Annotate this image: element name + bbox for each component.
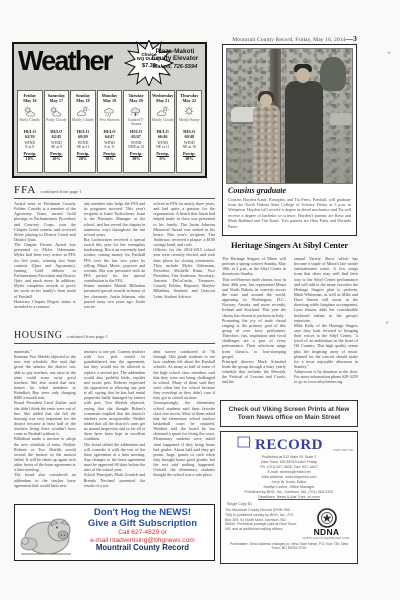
deadline-line: Deadlines: News & Ads Tues. at noon [225, 495, 353, 500]
weather-day-card: Wednesday May 21 Mostly Cloudy HI/LO 66/… [150, 90, 176, 173]
precip-value: 20% [79, 156, 87, 161]
hilo-value: 69/48 [184, 134, 194, 139]
wind-value: NNE at 13 [128, 145, 144, 149]
gift-ad-phone: Call 627-4829 or [73, 529, 212, 536]
mostly-cloudy-icon [154, 105, 172, 118]
weather-day-card: Thursday May 22 Mostly Sunny HI/LO 69/48… [176, 90, 202, 173]
hilo-value: 64/47 [105, 134, 115, 139]
day-condition: Partly Cloudy [46, 118, 67, 127]
parked-car-right [330, 113, 352, 125]
precip-value: 10% [52, 156, 60, 161]
wind-value: S at 11 [104, 145, 114, 149]
page-number: —3 [346, 34, 357, 43]
graduates-photo [226, 48, 353, 184]
evergreen-tree [320, 57, 346, 91]
postmaster-line: Postmaster: Send address changes to: New… [225, 542, 353, 551]
housing-section-header: HOUSING continued from page 1 [14, 330, 215, 344]
heritage-article: The Heritage Singers of Minot will perfo… [222, 256, 358, 396]
viking-screen-prints-ad: Check out Viking Screen Prints at New To… [220, 400, 358, 427]
ffa-title: FFA [14, 184, 36, 196]
housing-article: materials." Ramona Two Shields objected … [14, 349, 215, 497]
mostly-cloudy-icon [74, 105, 92, 118]
record-logo: RECORD [255, 437, 323, 453]
ffa-section-header: FFA continued from page 1 [14, 184, 215, 199]
day-date: May 18 [76, 98, 89, 103]
single-copy-price: Single Copy $1 [227, 502, 353, 506]
page-header: Mountrail County Record, Friday, May 16,… [232, 34, 357, 43]
housing-column-3: dent survey conducted of 7th through 12t… [153, 349, 215, 497]
weather-day-card: Monday May 19 Few Showers HI/LO 64/47 WI… [97, 90, 123, 173]
day-date: May 17 [50, 98, 63, 103]
gift-subscription-ad: Don't Hog the NEWS! Give a Gift Subscrip… [14, 504, 215, 561]
caption-title: Cousins graduate [228, 186, 351, 195]
usps-number: USPS 595-760 [333, 448, 353, 452]
weather-days-row: Friday May 16 Partly Cloudy HI/LO 62/39 … [17, 90, 202, 173]
ffa-article: Award went to Freshman Cassidy Folden. C… [14, 201, 215, 328]
ndna-logo: NDNA [314, 528, 340, 537]
hilo-value: 62/39 [25, 134, 35, 139]
day-condition: Mostly Cloudy [72, 118, 94, 127]
heritage-column-1: The Heritage Singers of Minot will perfo… [222, 256, 286, 396]
record-info-lines: Published at 312 Main St. Suite 2 New To… [225, 455, 353, 500]
weather-day-card: Saturday May 17 Partly Cloudy HI/LO 62/4… [44, 90, 70, 173]
graduate-left-head [260, 94, 272, 107]
housing-subtitle: continued from page 1 [67, 334, 108, 339]
sponsor-line2: Equity Elevator [147, 55, 203, 62]
ndna-sub-label: NORTH DAKOTA NEWSPAPER ASSN. [303, 537, 351, 540]
ffa-column-3: volved in FFA for nearly three years, an… [153, 201, 215, 328]
newspaper-page: Mountrail County Record, Friday, May 16,… [0, 0, 400, 600]
housing-title: HOUSING [14, 330, 63, 341]
precip-value: 30% [132, 156, 140, 161]
graduate-right-head [296, 68, 310, 83]
sponsor-line3: Makoti, 726-5594 [147, 64, 203, 70]
day-condition: Mostly Sunny [179, 118, 200, 127]
gift-ad-brand: Mountrail County Record [73, 544, 212, 553]
ffa-column-1: Award went to Freshman Cassidy Folden. C… [14, 201, 76, 328]
weather-title: Weather [18, 46, 111, 78]
viking-ad-text: Check out Viking Screen Prints at New To… [221, 406, 357, 422]
nd-state-outline-icon [237, 436, 251, 448]
day-date: May 20 [129, 98, 142, 103]
wind-value: NE at 11 [156, 145, 169, 149]
sponsor-line1: Plaza-Makoti [147, 48, 203, 55]
wind-value: NE at 10 [183, 145, 197, 149]
ffa-subtitle: continued from page 1 [40, 189, 81, 194]
weather-day-card: Tuesday May 20 Isolated T-Storms HI/LO 6… [123, 90, 149, 173]
mostly-sunny-icon [180, 105, 198, 118]
graduate-left [253, 105, 280, 184]
record-masthead-ad: RECORD USPS 595-760 Published at 312 Mai… [220, 431, 358, 564]
day-condition: Few Showers [100, 118, 120, 127]
precip-value: 0% [160, 156, 166, 161]
ffa-column-2: nity member who helps the FFA and its pr… [84, 201, 146, 328]
few-showers-icon [101, 105, 119, 118]
day-date: May 16 [23, 98, 36, 103]
hilo-value: 68/49 [78, 134, 88, 139]
partly-cloudy-icon [21, 105, 39, 118]
caption-text: Cousins Hayden Kautt, Roseglen, and Tia … [228, 197, 351, 230]
day-condition: Partly Cloudy [19, 118, 40, 127]
wind-value: SE at 11 [77, 145, 90, 149]
hilo-value: 65/47 [131, 134, 141, 139]
day-date: May 22 [183, 98, 196, 103]
t-storms-icon [127, 105, 145, 118]
day-date: May 19 [103, 98, 116, 103]
hilo-value: 66/46 [158, 134, 168, 139]
precip-value: 30% [105, 156, 113, 161]
partly-cloudy-icon [47, 105, 65, 118]
masthead-dateline: Mountrail County Record, Friday, May 16,… [232, 37, 345, 43]
weather-day-card: Friday May 16 Partly Cloudy HI/LO 62/39 … [17, 90, 43, 173]
pig-drawing [17, 508, 73, 558]
heritage-column-2: annual Variety Show which has become a s… [294, 256, 358, 396]
graduate-right [285, 81, 323, 184]
housing-column-1: materials." Ramona Two Shields objected … [14, 349, 76, 497]
day-date: May 21 [156, 98, 169, 103]
day-condition: Mostly Cloudy [152, 118, 174, 127]
housing-column-2: teachers to one pet. Current teachers wi… [84, 349, 146, 497]
weather-day-card: Sunday May 18 Mostly Cloudy HI/LO 68/49 … [70, 90, 96, 173]
gift-ad-headline2: Give a Gift Subscription [73, 519, 212, 530]
weather-sponsor: Plaza-Makoti Equity Elevator Makoti, 726… [147, 48, 203, 70]
issn-paragraph: The Mountrail County Record (ISSN 395-76… [225, 508, 297, 540]
wind-value: SE at 9 [51, 145, 62, 149]
day-condition: Isolated T-Storms [124, 118, 148, 127]
photo-caption: Cousins graduate Cousins Hayden Kautt, R… [226, 184, 353, 229]
heritage-headline: Heritage Singers At Sibyl Center [221, 240, 358, 250]
photo-story-box: Cousins graduate Cousins Hayden Kautt, R… [222, 44, 357, 236]
national-newspaper-association-seal-icon [317, 508, 337, 528]
precip-value: 10% [185, 156, 193, 161]
precip-value: 10% [26, 156, 34, 161]
hilo-value: 62/45 [52, 134, 62, 139]
registration-mark: + [385, 320, 389, 327]
registration-mark: + [387, 50, 391, 57]
weather-box-ad: Weather Choice NQ Durum $7.39 Plaza-Mako… [12, 42, 207, 178]
wind-value: E at 8 [25, 145, 34, 149]
